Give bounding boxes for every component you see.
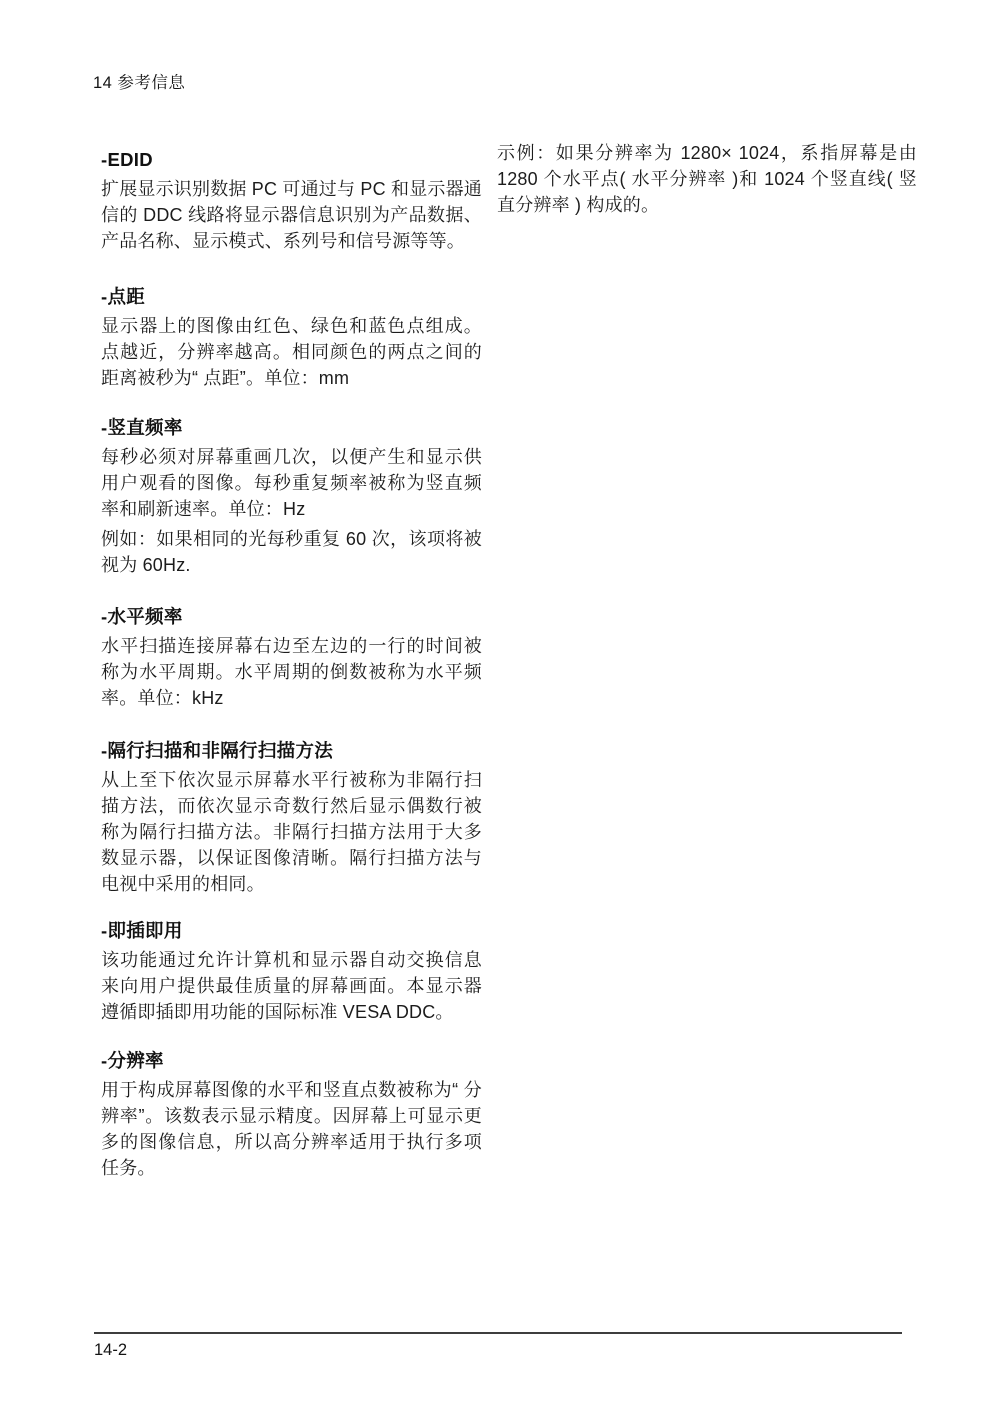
footer-rule [94, 1332, 902, 1334]
manual-page: 14 参考信息 -EDID 扩展显示识别数据 PC 可通过与 PC 和显示器通信… [0, 0, 992, 1404]
section-title: -隔行扫描和非隔行扫描方法 [101, 739, 482, 762]
section-paragraph: 每秒必须对屏幕重画几次，以便产生和显示供用户观看的图像。每秒重复频率被称为竖直频… [101, 444, 482, 522]
section-title: -点距 [101, 285, 482, 308]
chapter-header: 14 参考信息 [93, 73, 185, 93]
section-paragraph: 该功能通过允许计算机和显示器自动交换信息来向用户提供最佳质量的屏幕画面。本显示器… [101, 947, 482, 1025]
section-title: -水平频率 [101, 605, 482, 628]
right-column: 示例：如果分辨率为 1280× 1024，系指屏幕是由 1280 个水平点( 水… [497, 140, 917, 218]
example-paragraph: 示例：如果分辨率为 1280× 1024，系指屏幕是由 1280 个水平点( 水… [497, 140, 917, 218]
section-title: -分辨率 [101, 1049, 482, 1072]
section-paragraph: 例如：如果相同的光每秒重复 60 次，该项将被视为 60Hz. [101, 526, 482, 578]
section-paragraph: 从上至下依次显示屏幕水平行被称为非隔行扫描方法，而依次显示奇数行然后显示偶数行被… [101, 767, 482, 897]
section-horizontal-frequency: -水平频率 水平扫描连接屏幕右边至左边的一行的时间被称为水平周期。水平周期的倒数… [101, 605, 482, 711]
section-vertical-frequency: -竖直频率 每秒必须对屏幕重画几次，以便产生和显示供用户观看的图像。每秒重复频率… [101, 416, 482, 578]
section-dot-pitch: -点距 显示器上的图像由红色、绿色和蓝色点组成。点越近，分辨率越高。相同颜色的两… [101, 285, 482, 391]
section-title: -EDID [101, 148, 482, 171]
section-title: -即插即用 [101, 919, 482, 942]
section-paragraph: 显示器上的图像由红色、绿色和蓝色点组成。点越近，分辨率越高。相同颜色的两点之间的… [101, 313, 482, 391]
page-number: 14-2 [94, 1340, 127, 1360]
section-interlace-noninterlace: -隔行扫描和非隔行扫描方法 从上至下依次显示屏幕水平行被称为非隔行扫描方法，而依… [101, 739, 482, 897]
section-resolution: -分辨率 用于构成屏幕图像的水平和竖直点数被称为“ 分辨率”。该数表示显示精度。… [101, 1049, 482, 1181]
section-paragraph: 水平扫描连接屏幕右边至左边的一行的时间被称为水平周期。水平周期的倒数被称为水平频… [101, 633, 482, 711]
section-paragraph: 用于构成屏幕图像的水平和竖直点数被称为“ 分辨率”。该数表示显示精度。因屏幕上可… [101, 1077, 482, 1181]
section-title: -竖直频率 [101, 416, 482, 439]
section-paragraph: 扩展显示识别数据 PC 可通过与 PC 和显示器通信的 DDC 线路将显示器信息… [101, 176, 482, 254]
section-edid: -EDID 扩展显示识别数据 PC 可通过与 PC 和显示器通信的 DDC 线路… [101, 148, 482, 254]
section-plug-and-play: -即插即用 该功能通过允许计算机和显示器自动交换信息来向用户提供最佳质量的屏幕画… [101, 919, 482, 1025]
